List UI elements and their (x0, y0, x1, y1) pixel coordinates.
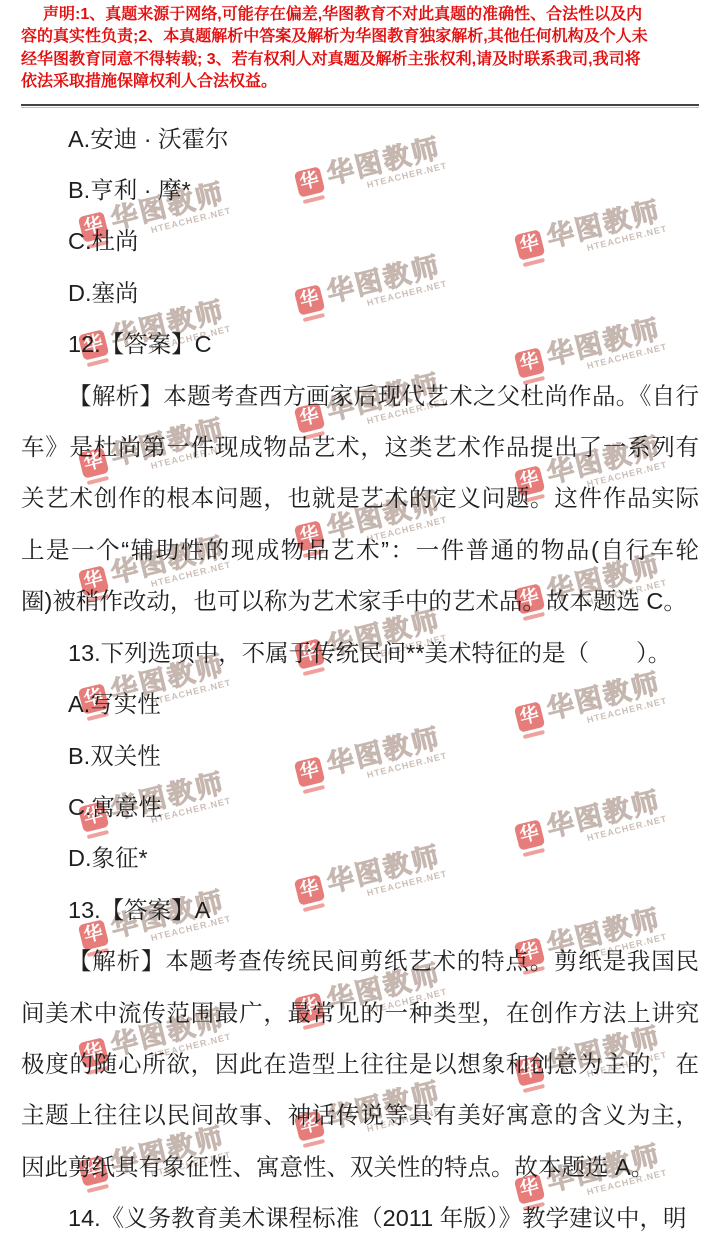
option-line: D.象征* (21, 833, 699, 884)
content: A.安迪 · 沃霍尔B.亨利 · 摩*C.杜尚D.塞尚12.【答案】C【解析】本… (21, 114, 699, 1241)
disclaimer-line: 经华图教育同意不得转载; 3、若有权利人对真题及解析主张权利,请及时联系我司,我… (21, 49, 699, 71)
option-line: D.塞尚 (21, 268, 699, 319)
option-line: A.安迪 · 沃霍尔 (21, 114, 699, 165)
disclaimer-label: 声明: (43, 6, 80, 23)
disclaimer-line: 声明:1、真题来源于网络,可能存在偏差,华图教育不对此真题的准确性、合法性以及内 (21, 4, 699, 26)
document-content: 声明:1、真题来源于网络,可能存在偏差,华图教育不对此真题的准确性、合法性以及内… (0, 0, 720, 1241)
question-line: 13.下列选项中，不属于传统民间**美术特征的是（ ）。 (21, 628, 699, 679)
disclaimer-line: 容的真实性负责;2、本真题解析中答案及解析为华图教育独家解析,其他任何机构及个人… (21, 26, 699, 48)
analysis-line: 因此剪纸具有象征性、寓意性、双关性的特点。故本题选 A。 (21, 1142, 699, 1193)
analysis-line: 圈)被稍作改动，也可以称为艺术家手中的艺术品。故本题选 C。 (21, 576, 699, 627)
disclaimer-line: 依法采取措施保障权利人合法权益。 (21, 71, 699, 93)
question-line: 14.《义务教育美术课程标准（2011 年版）》教学建议中，明 (21, 1193, 699, 1241)
document-page: 华华图教师HTEACHER.NET华华图教师HTEACHER.NET华华图教师H… (0, 0, 720, 1241)
option-line: B.亨利 · 摩* (21, 165, 699, 216)
analysis-line: 【解析】本题考查传统民间剪纸艺术的特点。剪纸是我国民 (21, 936, 699, 987)
analysis-line: 间美术中流传范围最广，最常见的一种类型，在创作方法上讲究 (21, 988, 699, 1039)
option-line: C.寓意性 (21, 782, 699, 833)
analysis-line: 车》是杜尚第一件现成物品艺术，这类艺术作品提出了一系列有 (21, 422, 699, 473)
option-line: B.双关性 (21, 731, 699, 782)
answer-line: 12.【答案】C (21, 319, 699, 370)
analysis-line: 【解析】本题考查西方画家后现代艺术之父杜尚作品。《自行 (21, 371, 699, 422)
analysis-line: 上是一个“辅助性的现成物品艺术”：一件普通的物品(自行车轮 (21, 525, 699, 576)
analysis-line: 主题上往往以民间故事、神话传说等具有美好寓意的含义为主， (21, 1090, 699, 1141)
separator-rule (21, 104, 699, 108)
analysis-line: 关艺术创作的根本问题，也就是艺术的定义问题。这件作品实际 (21, 473, 699, 524)
option-line: A.写实性 (21, 679, 699, 730)
analysis-line: 极度的随心所欲，因此在造型上往往是以想象和创意为主的，在 (21, 1039, 699, 1090)
option-line: C.杜尚 (21, 216, 699, 267)
answer-line: 13.【答案】A (21, 885, 699, 936)
disclaimer: 声明:1、真题来源于网络,可能存在偏差,华图教育不对此真题的准确性、合法性以及内… (21, 4, 699, 94)
